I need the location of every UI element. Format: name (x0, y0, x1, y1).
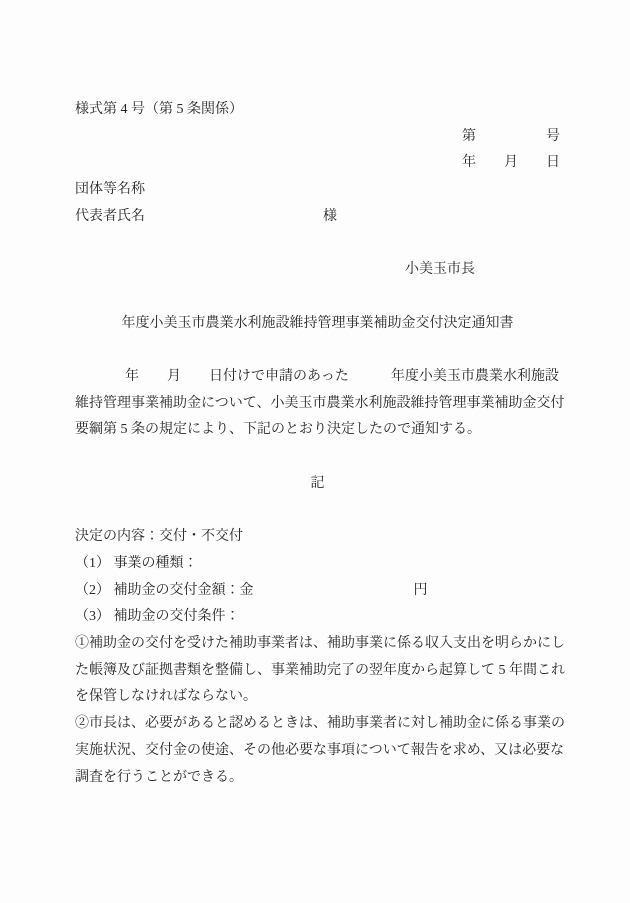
condition-1-line: ①補助金の交付を受けた補助事業者は、補助事業に係る収入支出を明らかにし (75, 631, 560, 658)
condition-2-line: 実施状況、交付金の使途、その他必要な事項について報告を求め、又は必要な (75, 738, 560, 765)
document-page: 様式第 4 号（第 5 条関係） 第 号 年 月 日 団体等名称 代表者氏名様 … (0, 0, 630, 903)
date-line: 年 月 日 (75, 150, 560, 177)
organization-name-label: 団体等名称 (75, 177, 560, 204)
condition-1-line: を保管しなければならない。 (75, 684, 560, 711)
item-1-business-type: （1） 事業の種類： (75, 551, 560, 578)
spacer (75, 444, 560, 471)
doc-number-line: 第 号 (75, 124, 560, 151)
spacer (75, 337, 560, 364)
yen-unit-label: 円 (414, 583, 428, 598)
body-paragraph-line: 要綱第 5 条の規定により、下記のとおり決定したので通知する。 (75, 417, 560, 444)
representative-line: 代表者氏名様 (75, 204, 560, 231)
body-paragraph-line: 維持管理事業補助金について、小美玉市農業水利施設維持管理事業補助金交付 (75, 391, 560, 418)
honorific-sama: 様 (323, 209, 337, 224)
representative-name-label: 代表者氏名 (75, 209, 145, 224)
form-number: 様式第 4 号（第 5 条関係） (75, 97, 560, 124)
blank-representative-name-field (145, 219, 323, 220)
condition-2-line: ②市長は、必要があると認めるときは、補助事業者に対し補助金に係る事業の (75, 711, 560, 738)
spacer (75, 284, 560, 311)
item-3-grant-conditions: （3） 補助金の交付条件： (75, 604, 560, 631)
decision-content-line: 決定の内容：交付・不交付 (75, 524, 560, 551)
document-content: 様式第 4 号（第 5 条関係） 第 号 年 月 日 団体等名称 代表者氏名様 … (0, 0, 630, 791)
item-2-grant-amount: （2） 補助金の交付金額：金円 (75, 578, 560, 605)
document-title: 年度小美玉市農業水利施設維持管理事業補助金交付決定通知書 (75, 311, 560, 338)
ki-marker: 記 (75, 471, 560, 498)
blank-amount-field (254, 593, 414, 594)
condition-1-line: た帳簿及び証拠書類を整備し、事業補助完了の翌年度から起算して 5 年間これ (75, 658, 560, 685)
grant-amount-label: （2） 補助金の交付金額：金 (75, 583, 254, 598)
sender-mayor: 小美玉市長 (75, 257, 560, 284)
spacer (75, 231, 560, 258)
condition-2-line: 調査を行うことができる。 (75, 765, 560, 792)
spacer (75, 497, 560, 524)
body-paragraph-line: 年 月 日付けで申請のあった 年度小美玉市農業水利施設 (75, 364, 560, 391)
